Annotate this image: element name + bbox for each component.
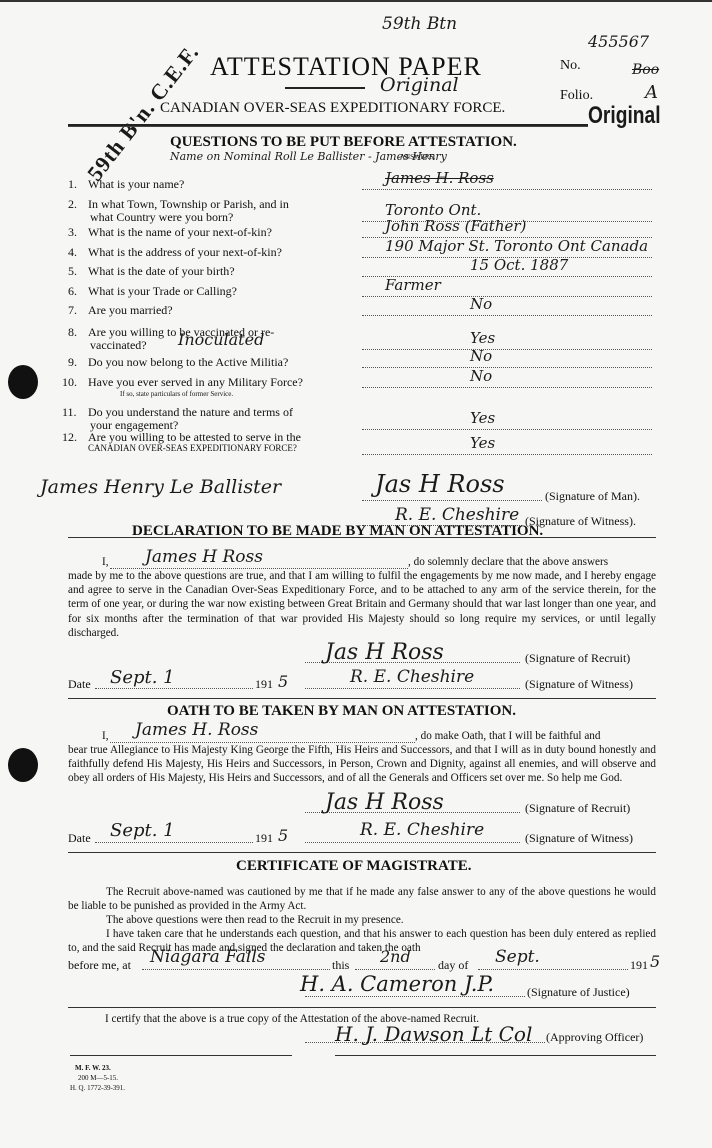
oath-date-value: Sept. 1: [110, 820, 175, 841]
question-text: What is your Trade or Calling?: [88, 284, 237, 299]
this-label: this: [332, 958, 349, 973]
officer-signature-label: (Approving Officer): [546, 1030, 643, 1045]
answer-value: Yes: [470, 329, 495, 347]
no-value: 455567: [588, 32, 649, 51]
magistrate-heading: CERTIFICATE OF MAGISTRATE.: [236, 858, 471, 875]
answer-value: 15 Oct. 1887: [470, 256, 568, 274]
attestation-paper: 59th Btn ATTESTATION PAPER Original CANA…: [0, 0, 712, 1148]
section-rule-3: [68, 852, 656, 853]
answer-value: Yes: [470, 409, 495, 427]
answer-line: [362, 387, 652, 388]
question-number: 9.: [68, 355, 77, 370]
magistrate-year-suffix: 5: [650, 952, 660, 971]
question-number: 5.: [68, 264, 77, 279]
question-text: Have you ever served in any Military For…: [88, 375, 303, 390]
no-label: No.: [560, 58, 581, 74]
question-inline-note: Inoculated: [178, 330, 264, 349]
question-text-continued: what Country were you born?: [90, 210, 233, 225]
form-code-1: M. F. W. 23.: [75, 1064, 111, 1072]
question-text-continued: CANADIAN OVER-SEAS EXPEDITIONARY FORCE?: [88, 443, 297, 453]
place-value: Niagara Falls: [150, 947, 266, 967]
before-me-label: before me, at: [68, 958, 131, 973]
question-number: 2.: [68, 197, 77, 212]
declaration-heading: DECLARATION TO BE MADE BY MAN ON ATTESTA…: [132, 523, 543, 540]
decl-witness-signature: R. E. Cheshire: [350, 667, 474, 687]
justice-signature: H. A. Cameron J.P.: [300, 972, 494, 996]
oath-recruit-signature: Jas H Ross: [325, 790, 444, 815]
answer-value: James H. Ross: [385, 169, 494, 187]
question-text: What is the address of your next-of-kin?: [88, 245, 282, 260]
form-code-3: H. Q. 1772-39-391.: [70, 1084, 125, 1092]
scan-edge: [0, 0, 712, 2]
decl-year-prefix: 191: [255, 677, 273, 692]
decl-witness-label: (Signature of Witness): [525, 677, 633, 692]
header-rule: [68, 124, 588, 127]
oath-body: bear true Allegiance to His Majesty King…: [68, 743, 656, 786]
day-line: [355, 969, 435, 970]
oath-lead: , do make Oath, that I will be faithful …: [415, 729, 600, 743]
oath-witness-label: (Signature of Witness): [525, 831, 633, 846]
footer-rule-right: [335, 1055, 656, 1056]
declaration-lead: , do solemnly declare that the above ans…: [408, 555, 608, 569]
magistrate-year-prefix: 191: [630, 958, 648, 973]
question-number: 10.: [62, 375, 77, 390]
question-text: What is the name of your next-of-kin?: [88, 225, 272, 240]
answer-value: No: [470, 347, 492, 365]
witness-signature: R. E. Cheshire: [395, 505, 519, 525]
section-rule-4: [68, 1007, 656, 1008]
declaration-name: James H Ross: [145, 547, 263, 567]
oath-recruit-label: (Signature of Recruit): [525, 801, 630, 816]
decl-recruit-signature: Jas H Ross: [325, 640, 444, 665]
justice-signature-line: [305, 996, 525, 997]
officer-signature: H. J. Dawson Lt Col: [335, 1022, 532, 1046]
month-line: [478, 969, 628, 970]
title-original-annotation: Original: [380, 74, 459, 96]
title-rule: [285, 87, 365, 89]
answer-value: No: [470, 295, 492, 313]
answer-line: [362, 349, 652, 350]
magistrate-para-1: The Recruit above-named was cautioned by…: [68, 885, 656, 913]
question-number: 12.: [62, 430, 77, 445]
question-note: If so, state particulars of former Servi…: [120, 390, 233, 398]
oath-i: I,: [102, 729, 109, 743]
answer-line: [362, 367, 652, 368]
answer-line: [362, 429, 652, 430]
month-value: Sept.: [495, 947, 540, 967]
man-signature: Jas H Ross: [375, 470, 505, 498]
question-number: 7.: [68, 303, 77, 318]
decl-witness-line: [305, 688, 520, 689]
oath-year-prefix: 191: [255, 831, 273, 846]
alias-signature: James Henry Le Ballister: [40, 476, 281, 498]
hole-punch-bottom: [8, 748, 38, 782]
day-value: 2nd: [380, 947, 411, 966]
answer-value: John Ross (Father): [385, 217, 526, 235]
form-code-2: 200 M—5-15.: [78, 1074, 118, 1082]
section-rule-2: [68, 698, 656, 699]
document-subtitle: CANADIAN OVER-SEAS EXPEDITIONARY FORCE.: [160, 100, 505, 117]
question-number: 1.: [68, 177, 77, 192]
question-text: What is the date of your birth?: [88, 264, 235, 279]
oath-heading: OATH TO BE TAKEN BY MAN ON ATTESTATION.: [167, 703, 516, 720]
answers-label: ANSWERS.: [400, 153, 435, 161]
oath-witness-signature: R. E. Cheshire: [360, 820, 484, 840]
oath-year-suffix: 5: [278, 826, 288, 845]
declaration-body: made by me to the above questions are tr…: [68, 569, 656, 640]
original-stamp: Original: [588, 102, 661, 130]
answer-line: [362, 296, 652, 297]
question-text-continued: vaccinated?: [90, 338, 147, 353]
answer-value: 190 Major St. Toronto Ont Canada: [385, 237, 648, 255]
man-signature-label: (Signature of Man).: [545, 489, 640, 504]
decl-year-suffix: 5: [278, 672, 288, 691]
decl-recruit-label: (Signature of Recruit): [525, 651, 630, 666]
question-text: Are you married?: [88, 303, 173, 318]
decl-date-label: Date: [68, 677, 91, 692]
answer-value: Farmer: [385, 276, 441, 294]
oath-name: James H. Ross: [135, 720, 258, 740]
hole-punch-top: [8, 365, 38, 399]
decl-date-line: [95, 688, 253, 689]
question-text: What is your name?: [88, 177, 184, 192]
answer-line: [362, 189, 652, 190]
decl-date-value: Sept. 1: [110, 667, 175, 688]
oath-date-line: [95, 842, 253, 843]
question-number: 11.: [62, 405, 77, 420]
question-number: 8.: [68, 325, 77, 340]
top-annotation: 59th Btn: [382, 14, 457, 34]
answer-value: No: [470, 367, 492, 385]
place-line: [142, 969, 330, 970]
footer-rule-left: [70, 1055, 292, 1056]
declaration-i: I,: [102, 555, 109, 569]
justice-signature-label: (Signature of Justice): [527, 985, 630, 1000]
question-number: 4.: [68, 245, 77, 260]
answer-line: [362, 315, 652, 316]
folio-value: A: [645, 82, 658, 103]
oath-witness-line: [305, 842, 520, 843]
oath-date-label: Date: [68, 831, 91, 846]
question-number: 3.: [68, 225, 77, 240]
no-crossed-value: Boo: [632, 62, 659, 78]
question-text: Do you now belong to the Active Militia?: [88, 355, 288, 370]
questions-heading: QUESTIONS TO BE PUT BEFORE ATTESTATION.: [170, 134, 517, 151]
day-of-label: day of: [438, 958, 468, 973]
man-signature-line: [362, 500, 542, 501]
magistrate-para-2: The above questions were then read to th…: [68, 913, 656, 927]
answer-value: Yes: [470, 434, 495, 452]
answer-line: [362, 454, 652, 455]
question-number: 6.: [68, 284, 77, 299]
